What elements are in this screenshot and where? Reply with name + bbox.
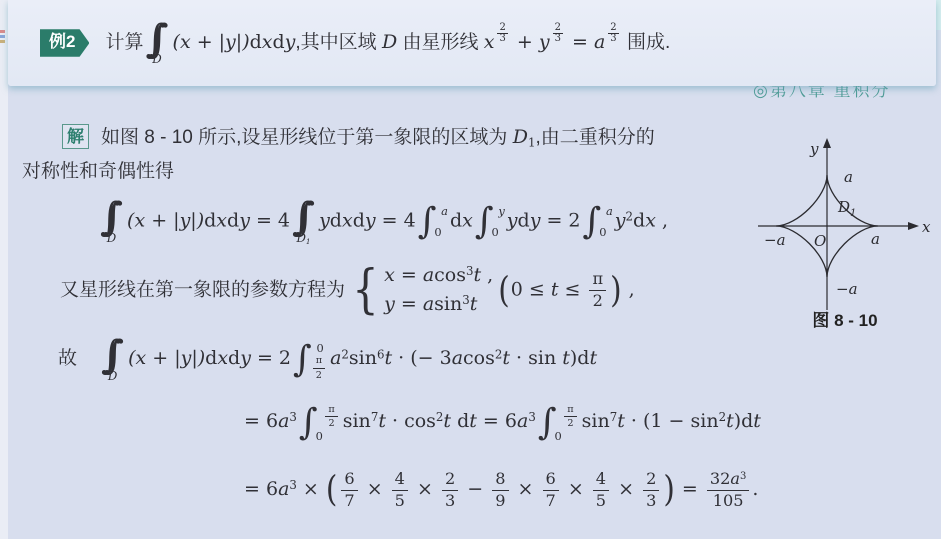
astroid-figure: y x a a −a −a O D1 bbox=[752, 134, 938, 316]
right-cusp-label: a bbox=[871, 230, 880, 248]
bottom-cusp-label: −a bbox=[836, 280, 858, 298]
page-edge-mark bbox=[0, 40, 5, 43]
x-axis-label: x bbox=[922, 218, 931, 236]
example-banner: 例2 计算∫∫D(x + |y|)dxdy,其中区域 D 由星形线 x23 + … bbox=[8, 0, 936, 86]
solution-badge: 解 bbox=[62, 124, 89, 149]
problem-formula: 计算∫∫D(x + |y|)dxdy,其中区域 D 由星形线 x23 + y23… bbox=[105, 20, 670, 66]
top-cusp-label: a bbox=[844, 168, 853, 186]
equation-1: ∫∫D(x + |y|)dxdy = 4∫∫D1ydxdy = 4∫a0dx∫y… bbox=[98, 198, 668, 245]
parametric-equations-line: 又星形线在第一象限的参数方程为{x = acos3t ,y = asin3t(0… bbox=[60, 261, 635, 320]
origin-label: O bbox=[814, 232, 826, 250]
y-axis-arrow-icon bbox=[823, 138, 831, 148]
textbook-page: ◎第八章 重积分 例2 计算∫∫D(x + |y|)dxdy,其中区域 D 由星… bbox=[0, 0, 941, 539]
equation-3: = 6a3∫π20sin7t · cos2t dt = 6a3∫π20sin7t… bbox=[244, 404, 761, 440]
solution-line-1: 解如图 8 - 10 所示,设星形线位于第一象限的区域为 D1,由二重积分的 bbox=[62, 124, 655, 150]
solution-line-2: 对称性和奇偶性得 bbox=[22, 160, 174, 184]
y-axis-label: y bbox=[809, 140, 819, 158]
left-cusp-label: −a bbox=[764, 231, 786, 249]
equation-4: = 6a3 × (67 × 45 × 23 − 89 × 67 × 45 × 2… bbox=[244, 470, 758, 510]
equation-2: 故∫∫D(x + |y|)dxdy = 2∫0π2a2sin6t · (− 3a… bbox=[58, 336, 597, 382]
region-label: D1 bbox=[837, 198, 856, 219]
page-edge-mark bbox=[0, 30, 5, 33]
solution-line-2-text: 对称性和奇偶性得 bbox=[22, 161, 174, 182]
solution-line-1-text: 如图 8 - 10 所示,设星形线位于第一象限的区域为 D1,由二重积分的 bbox=[101, 126, 655, 148]
example-badge: 例2 bbox=[40, 29, 89, 56]
page-left-edge bbox=[0, 0, 8, 539]
x-axis-arrow-icon bbox=[908, 222, 919, 230]
figure-caption: 图 8 - 10 bbox=[752, 306, 938, 331]
page-edge-mark bbox=[0, 35, 5, 38]
